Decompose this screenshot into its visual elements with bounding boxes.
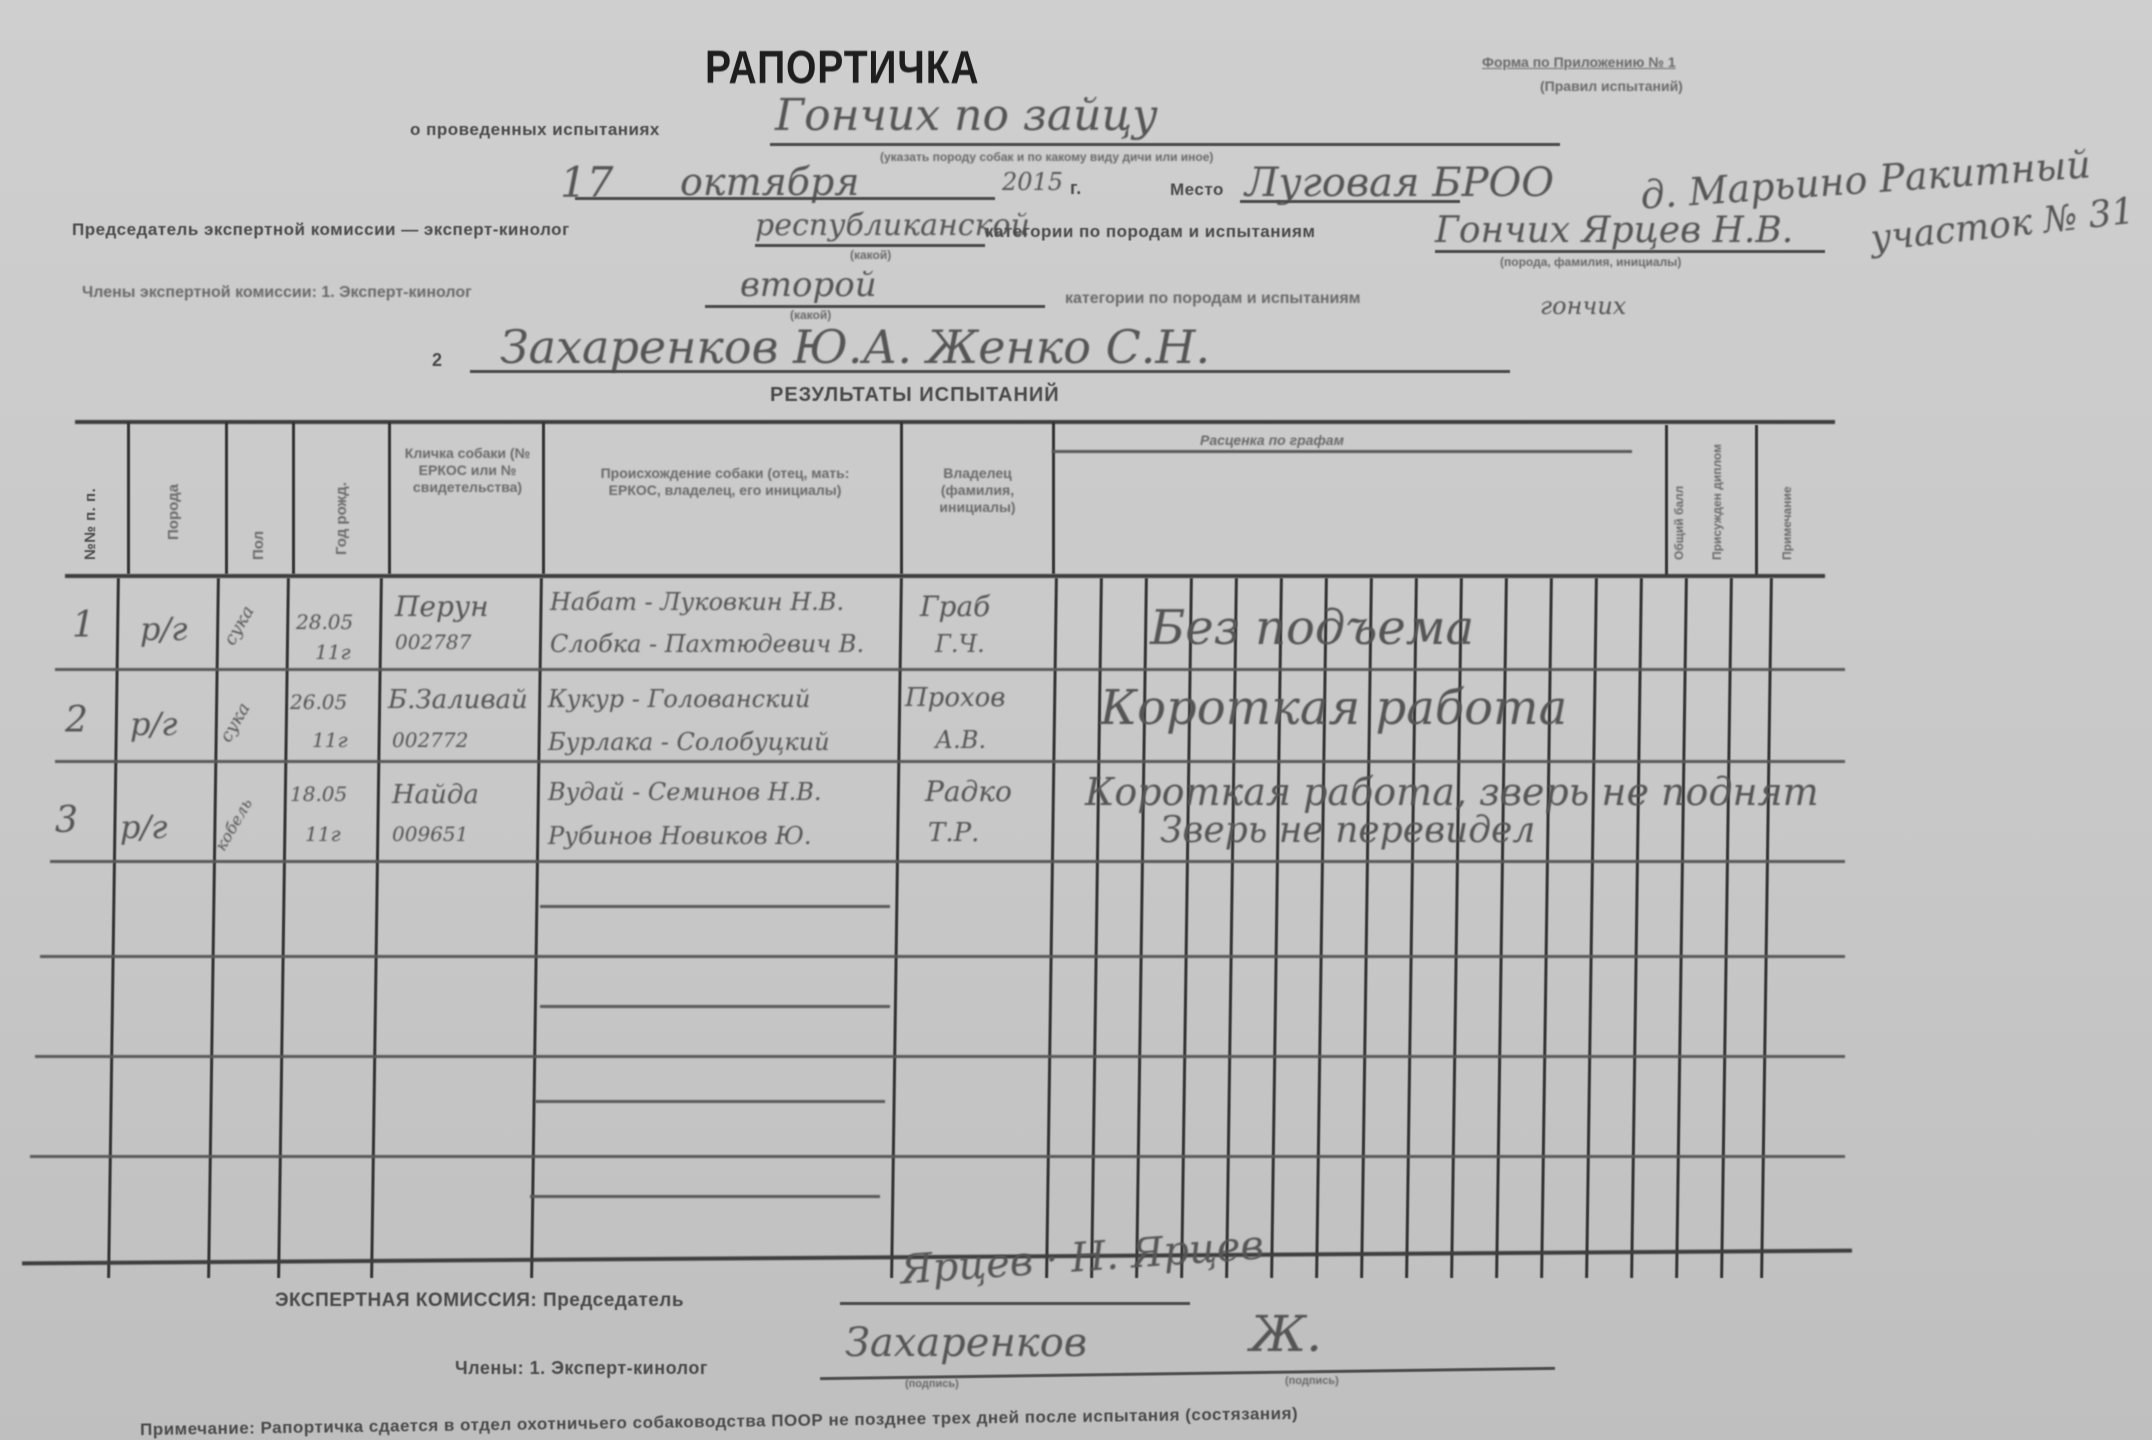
row-divider xyxy=(50,860,1845,863)
col-divider xyxy=(542,422,545,574)
member2-value: Захаренков Ю.А. Женко С.Н. xyxy=(500,320,1210,374)
row-origin-mother: Слобка - Пахтюдевич В. xyxy=(550,630,864,658)
member2-underline xyxy=(470,370,1510,373)
row-result: Короткая работа, зверь не поднят xyxy=(1085,770,1819,814)
subtitle-hint: (указать породу собак и по какому виду д… xyxy=(880,150,1213,164)
row-birth-year: 11г xyxy=(312,728,348,752)
row-origin-father: Кукур - Голованский xyxy=(548,685,810,713)
row-owner: Прохов xyxy=(905,683,1005,713)
col-divider xyxy=(207,578,220,1278)
date-underline xyxy=(575,197,995,200)
col-header-owner: Владелец (фамилия, инициалы) xyxy=(915,465,1040,516)
row-birth-date: 18.05 xyxy=(290,782,347,806)
col-header-origin: Происхождение собаки (отец, мать: ЕРКОС,… xyxy=(575,465,875,499)
row-dog-reg: 002772 xyxy=(392,728,468,752)
col-divider xyxy=(277,578,290,1278)
row-breed: р/г xyxy=(140,610,187,648)
col-header-sex: Пол xyxy=(250,531,267,560)
row-dog-name: Б.Заливай xyxy=(388,685,528,715)
row-owner: Граб xyxy=(920,590,990,623)
row-divider xyxy=(55,760,1845,763)
row-result: Короткая работа xyxy=(1100,680,1567,736)
col-divider xyxy=(1052,422,1055,574)
row-birth-year: 11г xyxy=(315,640,351,664)
row-birth-date: 28.05 xyxy=(296,610,353,634)
subtitle-value: Гончих по зайцу xyxy=(775,90,1158,141)
signature-hint-2: (подпись) xyxy=(1285,1375,1339,1387)
chairman-name-hint: (порода, фамилия, инициалы) xyxy=(1500,255,1681,269)
col-divider xyxy=(1755,425,1758,575)
row-divider xyxy=(55,668,1845,671)
score-col-divider xyxy=(1585,578,1598,1278)
row-owner: Радко xyxy=(925,775,1012,808)
col-divider xyxy=(370,578,383,1278)
document-page: РАПОРТИЧКА Форма по Приложению № 1 (Прав… xyxy=(0,0,2152,1440)
row-dog-reg: 009651 xyxy=(392,822,468,846)
form-title: РАПОРТИЧКА xyxy=(705,40,980,94)
category-label: категории по породам и испытаниям xyxy=(985,222,1315,242)
row-sex: кобель xyxy=(211,795,256,854)
subtitle-underline xyxy=(770,143,1560,146)
results-heading: РЕЗУЛЬТАТЫ ИСПЫТАНИЙ xyxy=(770,384,1060,407)
row-sex: сука xyxy=(215,699,254,746)
chairman-name: Гончих Ярцев Н.В. xyxy=(1435,210,1793,251)
footer-note: Примечание: Рапортичка сдается в отдел о… xyxy=(140,1404,1298,1440)
member2-number: 2 xyxy=(432,350,443,371)
member-signature-1: Захаренков xyxy=(845,1320,1087,1366)
col-divider xyxy=(388,422,391,574)
col-divider xyxy=(107,578,120,1278)
col-header-diploma: Присужден диплом xyxy=(1710,444,1724,560)
score-col-divider xyxy=(1630,578,1643,1278)
row-origin-father: Набат - Луковкин Н.В. xyxy=(550,588,844,616)
col-header-num: №№ п. п. xyxy=(82,488,99,560)
place-label: Место xyxy=(1170,180,1224,200)
row-result: Без подъема xyxy=(1150,600,1474,656)
col-divider xyxy=(1675,578,1688,1278)
row-divider xyxy=(40,955,1845,958)
form-reference: Форма по Приложению № 1 xyxy=(1482,54,1676,70)
date-year: 2015 xyxy=(1002,168,1063,196)
commission-label: ЭКСПЕРТНАЯ КОМИССИЯ: Председатель xyxy=(275,1290,684,1312)
row-owner-initials: А.В. xyxy=(935,726,986,754)
row-divider xyxy=(35,1055,1845,1058)
col-divider xyxy=(292,422,295,574)
chairman-class-underline xyxy=(755,244,985,247)
origin-subline xyxy=(530,1195,880,1198)
row-num: 1 xyxy=(72,605,95,646)
row-owner-initials: Г.Ч. xyxy=(935,630,985,658)
row-dog-reg: 002787 xyxy=(395,630,471,654)
col-divider xyxy=(1045,578,1058,1278)
form-reference-rules: (Правил испытаний) xyxy=(1540,78,1683,94)
table-top-border xyxy=(75,420,1835,424)
member-category-label: категории по породам и испытаниям xyxy=(1065,290,1361,308)
col-header-notes: Примечание xyxy=(1780,486,1794,560)
col-header-scores-group: Расценка по графам xyxy=(1200,432,1344,448)
scores-group-divider xyxy=(1052,450,1632,453)
row-num: 2 xyxy=(65,700,88,741)
row-origin-mother: Бурлака - Солобуцкий xyxy=(548,728,830,756)
row-breed: р/г xyxy=(130,705,177,743)
subtitle-label: о проведенных испытаниях xyxy=(410,120,660,140)
place-underline xyxy=(1240,200,1460,203)
row-breed: р/г xyxy=(120,808,167,846)
row-birth-year: 11г xyxy=(305,822,341,846)
chairman-label: Председатель экспертной комиссии — экспе… xyxy=(72,220,570,240)
origin-subline xyxy=(535,1100,885,1103)
col-header-birth-year: Год рожд. xyxy=(333,482,350,555)
row-dog-name: Найда xyxy=(392,780,479,810)
date-suffix: г. xyxy=(1070,178,1082,199)
col-divider xyxy=(900,422,903,574)
col-divider xyxy=(1665,425,1668,575)
chairman-signature: Ярцев · Н. Ярцев xyxy=(899,1222,1265,1293)
col-header-breed: Порода xyxy=(165,484,182,540)
row-divider xyxy=(30,1155,1845,1158)
member-signature-2: Ж. xyxy=(1250,1305,1322,1363)
row-num: 3 xyxy=(55,800,78,841)
row-result-line2: Зверь не перевидел xyxy=(1160,810,1535,851)
col-divider xyxy=(127,422,130,574)
chairman-signature-line xyxy=(840,1302,1190,1305)
row-dog-name: Перун xyxy=(395,590,489,623)
origin-subline xyxy=(540,905,890,908)
row-birth-date: 26.05 xyxy=(290,690,347,714)
chairman-class-hint: (какой) xyxy=(850,248,891,262)
chairman-name-underline xyxy=(1435,250,1825,253)
row-origin-father: Вудай - Семинов Н.В. xyxy=(548,778,822,806)
row-origin-mother: Рубинов Новиков Ю. xyxy=(548,822,811,850)
col-divider xyxy=(530,578,543,1278)
table-header-bottom-border xyxy=(65,574,1825,578)
col-header-dog-name: Кличка собаки (№ ЕРКОС или № свидетельст… xyxy=(395,445,540,496)
members-footer-label: Члены: 1. Эксперт-кинолог xyxy=(455,1358,708,1379)
col-divider xyxy=(1720,578,1733,1278)
signature-hint-1: (подпись) xyxy=(905,1378,959,1390)
row-owner-initials: Т.Р. xyxy=(928,818,979,848)
col-header-total: Общий балл xyxy=(1672,486,1686,560)
member-category-value: гончих xyxy=(1540,292,1626,320)
col-divider xyxy=(890,578,903,1278)
member1-class: второй xyxy=(740,265,877,305)
origin-subline xyxy=(540,1005,890,1008)
col-divider xyxy=(1760,578,1773,1278)
place-extra-line2: участок № 31 xyxy=(1869,191,2137,259)
col-divider xyxy=(225,422,228,574)
members-label: Члены экспертной комиссии: 1. Эксперт-ки… xyxy=(82,284,472,302)
row-sex: сука xyxy=(219,602,258,649)
member1-class-underline xyxy=(705,305,1045,308)
